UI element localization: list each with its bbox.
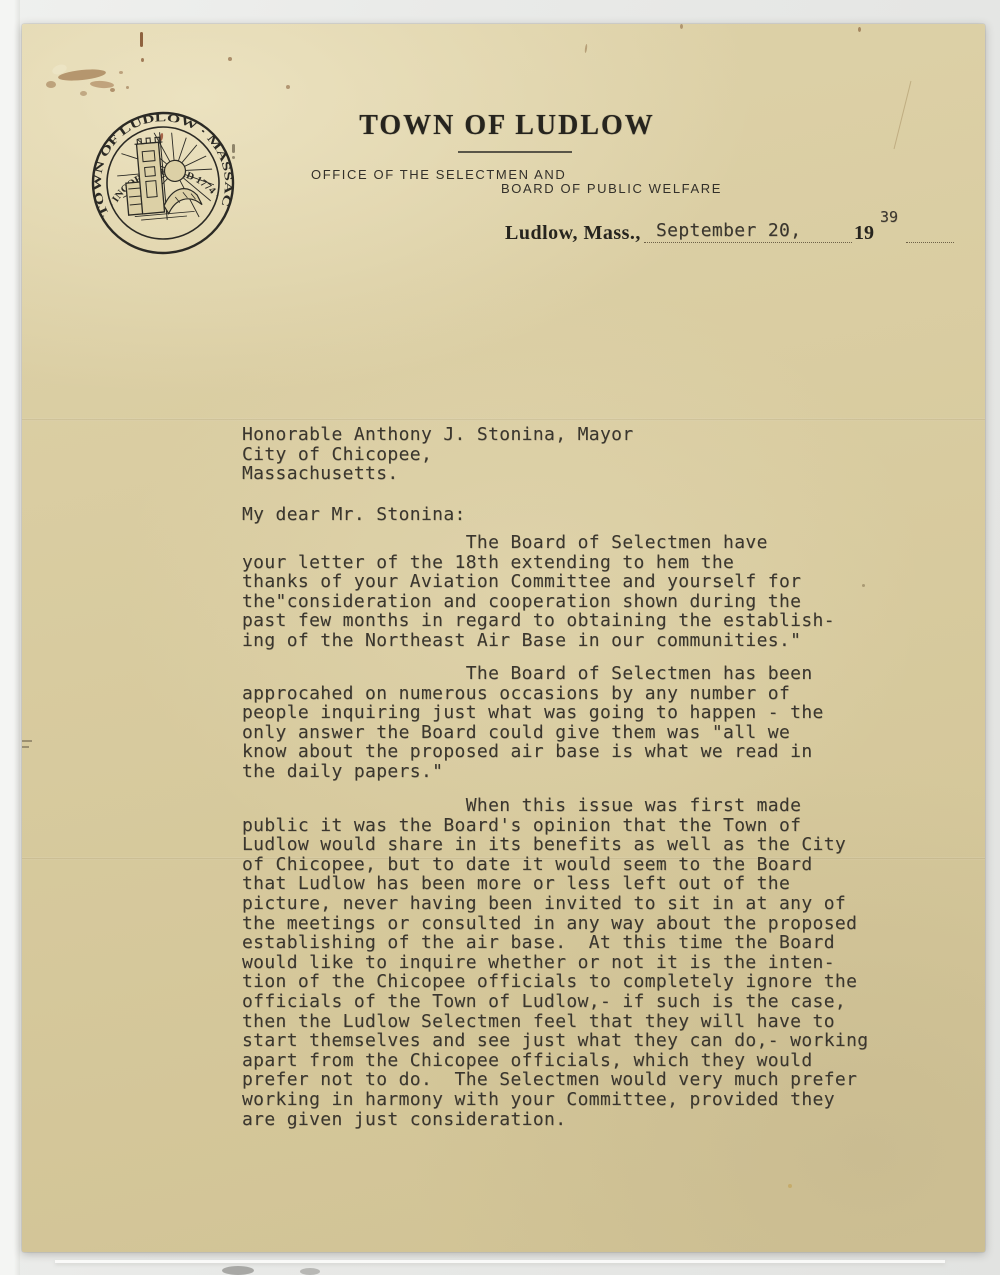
scan-artifact xyxy=(300,1268,320,1275)
dateline-place: Ludlow, Mass., xyxy=(505,222,641,245)
ink-speck xyxy=(228,57,232,61)
body-paragraph-2: The Board of Selectmen has been approcah… xyxy=(242,664,824,782)
ink-speck xyxy=(141,58,144,62)
stain xyxy=(80,91,87,96)
stain xyxy=(119,71,123,74)
stain xyxy=(46,81,56,88)
scan-margin-strip xyxy=(0,0,20,1275)
dateline-typed-date: September 20, xyxy=(656,220,801,241)
ink-speck xyxy=(286,85,290,89)
salutation: My dear Mr. Stonina: xyxy=(242,505,466,525)
dateline-year-printed: 19 xyxy=(854,222,874,245)
scanned-letter-page: TOWN OF LUDLOW · MASSACHUSETTS · INCORPO… xyxy=(0,0,1000,1275)
ink-speck xyxy=(858,27,861,32)
edge-mark xyxy=(22,746,29,748)
ink-speck xyxy=(862,584,865,587)
scanner-edge-highlight xyxy=(55,1260,945,1263)
ink-speck xyxy=(584,44,587,53)
body-paragraph-3: When this issue was first made public it… xyxy=(242,796,868,1129)
town-seal: TOWN OF LUDLOW · MASSACHUSETTS · INCORPO… xyxy=(82,102,245,265)
scratch-mark xyxy=(894,81,912,149)
stain xyxy=(126,86,129,89)
letterhead-title: TOWN OF LUDLOW xyxy=(357,110,657,142)
ink-speck xyxy=(140,32,143,47)
dateline-dotted-rule xyxy=(906,223,954,243)
scan-artifact xyxy=(222,1266,254,1275)
office-line-1: OFFICE OF THE SELECTMEN AND xyxy=(311,167,566,182)
letter-paper: TOWN OF LUDLOW · MASSACHUSETTS · INCORPO… xyxy=(22,24,985,1252)
stain xyxy=(788,1184,792,1188)
title-rule xyxy=(458,151,572,153)
office-line-2: BOARD OF PUBLIC WELFARE xyxy=(501,181,722,196)
town-seal-emblem: TOWN OF LUDLOW · MASSACHUSETTS · INCORPO… xyxy=(82,102,245,265)
edge-mark xyxy=(22,740,32,742)
stain xyxy=(110,88,115,92)
dateline-year-typed: 39 xyxy=(880,208,898,226)
fold-crease xyxy=(22,418,985,421)
recipient-address: Honorable Anthony J. Stonina, Mayor City… xyxy=(242,425,634,484)
body-paragraph-1: The Board of Selectmen have your letter … xyxy=(242,533,835,651)
ink-speck xyxy=(680,24,683,29)
